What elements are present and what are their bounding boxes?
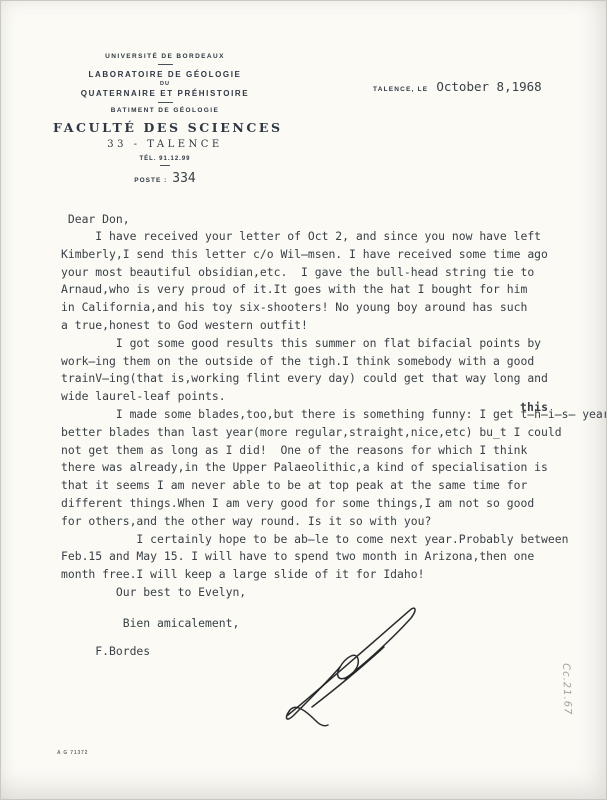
letterhead-university: UNIVERSITÉ DE BORDEAUX bbox=[53, 53, 277, 60]
letterhead-divider bbox=[160, 165, 170, 166]
extension-number: 334 bbox=[172, 171, 195, 186]
valediction: Bien amicalement, bbox=[61, 616, 239, 630]
typed-correction: this bbox=[520, 400, 548, 414]
letterhead-faculty: FACULTÉ DES SCIENCES bbox=[53, 120, 277, 135]
dateline-place: TALENCE, LE bbox=[373, 86, 428, 93]
letterhead-city: 33 - TALENCE bbox=[53, 139, 277, 150]
letterhead-divider bbox=[158, 102, 173, 103]
letterhead-laboratory-line1: LABORATOIRE DE GÉOLOGIE bbox=[53, 70, 277, 79]
signature bbox=[282, 587, 422, 733]
dateline: TALENCE, LE October 8,1968 bbox=[373, 79, 542, 94]
letterhead-phone: TÉL. 91.12.99 bbox=[53, 156, 277, 162]
salutation: Dear Don, bbox=[61, 212, 130, 226]
signed-name: F.Bordes bbox=[61, 644, 150, 658]
print-code: A G 71372 bbox=[57, 750, 88, 756]
archival-note: Cc.21.67 bbox=[560, 663, 573, 716]
letter-body: I have received your letter of Oct 2, an… bbox=[61, 228, 607, 602]
letterhead-extension: POSTE : 334 bbox=[53, 171, 277, 186]
letterhead: UNIVERSITÉ DE BORDEAUX LABORATOIRE DE GÉ… bbox=[53, 53, 277, 186]
letterhead-laboratory-line2: DU bbox=[53, 81, 277, 87]
letter-page: UNIVERSITÉ DE BORDEAUX LABORATOIRE DE GÉ… bbox=[0, 0, 607, 800]
dateline-date: October 8,1968 bbox=[436, 79, 541, 94]
letterhead-building: BATIMENT DE GÉOLOGIE bbox=[53, 107, 277, 114]
letterhead-laboratory-line3: QUATERNAIRE ET PRÉHISTOIRE bbox=[53, 89, 277, 98]
letterhead-divider bbox=[158, 64, 173, 65]
extension-label: POSTE : bbox=[134, 177, 167, 184]
